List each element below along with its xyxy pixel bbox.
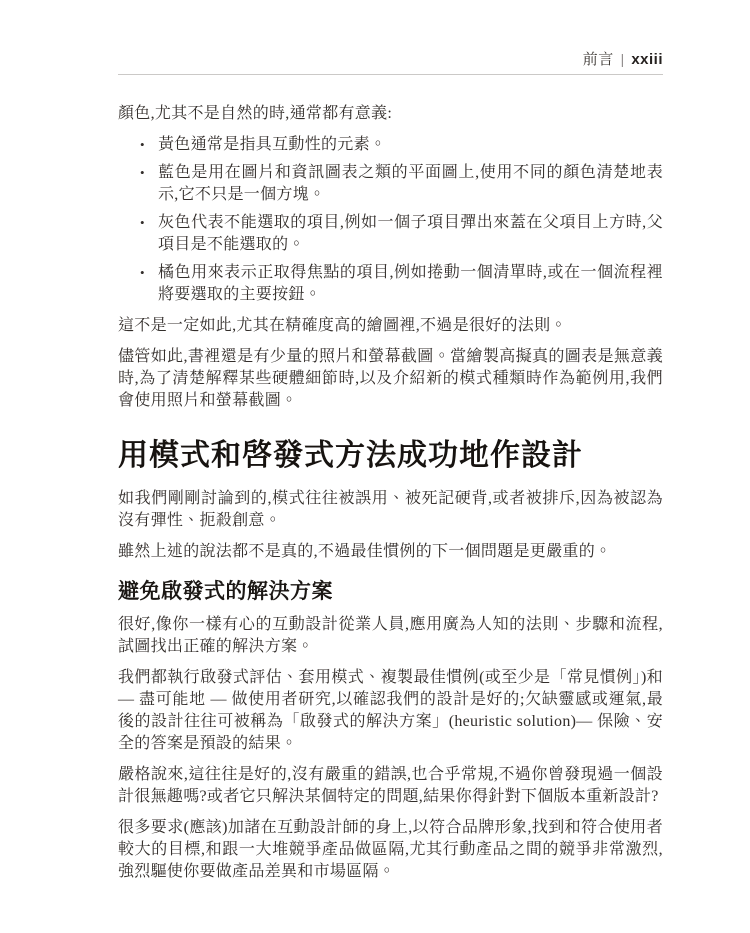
subsection-heading: 避免啟發式的解決方案 xyxy=(118,579,663,605)
body-paragraph: 儘管如此,書裡還是有少量的照片和螢幕截圖。當繪製高擬真的圖表是無意義時,為了清楚… xyxy=(118,346,663,412)
body-paragraph: 嚴格說來,這往往是好的,沒有嚴重的錯誤,也合乎常規,不過你曾發現過一個設計很無趣… xyxy=(118,764,663,808)
bullet-item-orange: • 橘色用來表示正取得焦點的項目,例如捲動一個清單時,或在一個流程裡將要選取的主… xyxy=(118,262,663,306)
body-paragraph: 很好,像你一樣有心的互動設計從業人員,應用廣為人知的法則、步驟和流程,試圖找出正… xyxy=(118,614,663,658)
body-paragraph: 我們都執行啟發式評估、套用模式、複製最佳慣例(或至少是「常見慣例」)和 — 盡可… xyxy=(118,667,663,755)
page-number: xxiii xyxy=(631,51,663,68)
bullet-text: 灰色代表不能選取的項目,例如一個子項目彈出來蓋在父項目上方時,父項目是不能選取的… xyxy=(158,214,663,253)
body-paragraph: 很多要求(應該)加諸在互動設計師的身上,以符合品牌形象,找到和符合使用者較大的目… xyxy=(118,817,663,883)
bullet-marker: • xyxy=(140,134,145,156)
bullet-text: 藍色是用在圖片和資訊圖表之類的平面圖上,使用不同的顏色清楚地表示,它不只是一個方… xyxy=(158,164,663,203)
page-content: 顏色,尤其不是自然的時,通常都有意義: • 黃色通常是指具互動性的元素。 • 藍… xyxy=(118,103,663,892)
bullet-item-blue: • 藍色是用在圖片和資訊圖表之類的平面圖上,使用不同的顏色清楚地表示,它不只是一… xyxy=(118,162,663,206)
body-paragraph: 如我們剛剛討論到的,模式往往被誤用、被死記硬背,或者被排斥,因為被認為沒有彈性、… xyxy=(118,488,663,532)
bullet-text: 橘色用來表示正取得焦點的項目,例如捲動一個清單時,或在一個流程裡將要選取的主要按… xyxy=(158,264,663,303)
book-page: { "header": { "section_title": "前言", "se… xyxy=(0,0,750,933)
color-meaning-bullet-list: • 黃色通常是指具互動性的元素。 • 藍色是用在圖片和資訊圖表之類的平面圖上,使… xyxy=(118,134,663,306)
running-header-separator: | xyxy=(621,52,625,68)
bullet-marker: • xyxy=(140,162,145,184)
running-header: 前言|xxiii xyxy=(118,48,663,69)
body-paragraph: 雖然上述的說法都不是真的,不過最佳慣例的下一個問題是更嚴重的。 xyxy=(118,541,663,563)
bullet-marker: • xyxy=(140,212,145,234)
bullet-text: 黃色通常是指具互動性的元素。 xyxy=(158,136,386,153)
bullet-item-yellow: • 黃色通常是指具互動性的元素。 xyxy=(118,134,663,156)
body-paragraph: 這不是一定如此,尤其在精確度高的繪圖裡,不過是很好的法則。 xyxy=(118,315,663,337)
bullet-marker: • xyxy=(140,262,145,284)
running-header-section-title: 前言 xyxy=(583,52,614,68)
page-body: 前言|xxiii 顏色,尤其不是自然的時,通常都有意義: • 黃色通常是指具互動… xyxy=(118,0,663,933)
header-rule xyxy=(118,74,663,75)
intro-paragraph: 顏色,尤其不是自然的時,通常都有意義: xyxy=(118,103,663,125)
bullet-item-gray: • 灰色代表不能選取的項目,例如一個子項目彈出來蓋在父項目上方時,父項目是不能選… xyxy=(118,212,663,256)
section-heading: 用模式和啓發式方法成功地作設計 xyxy=(118,438,663,474)
